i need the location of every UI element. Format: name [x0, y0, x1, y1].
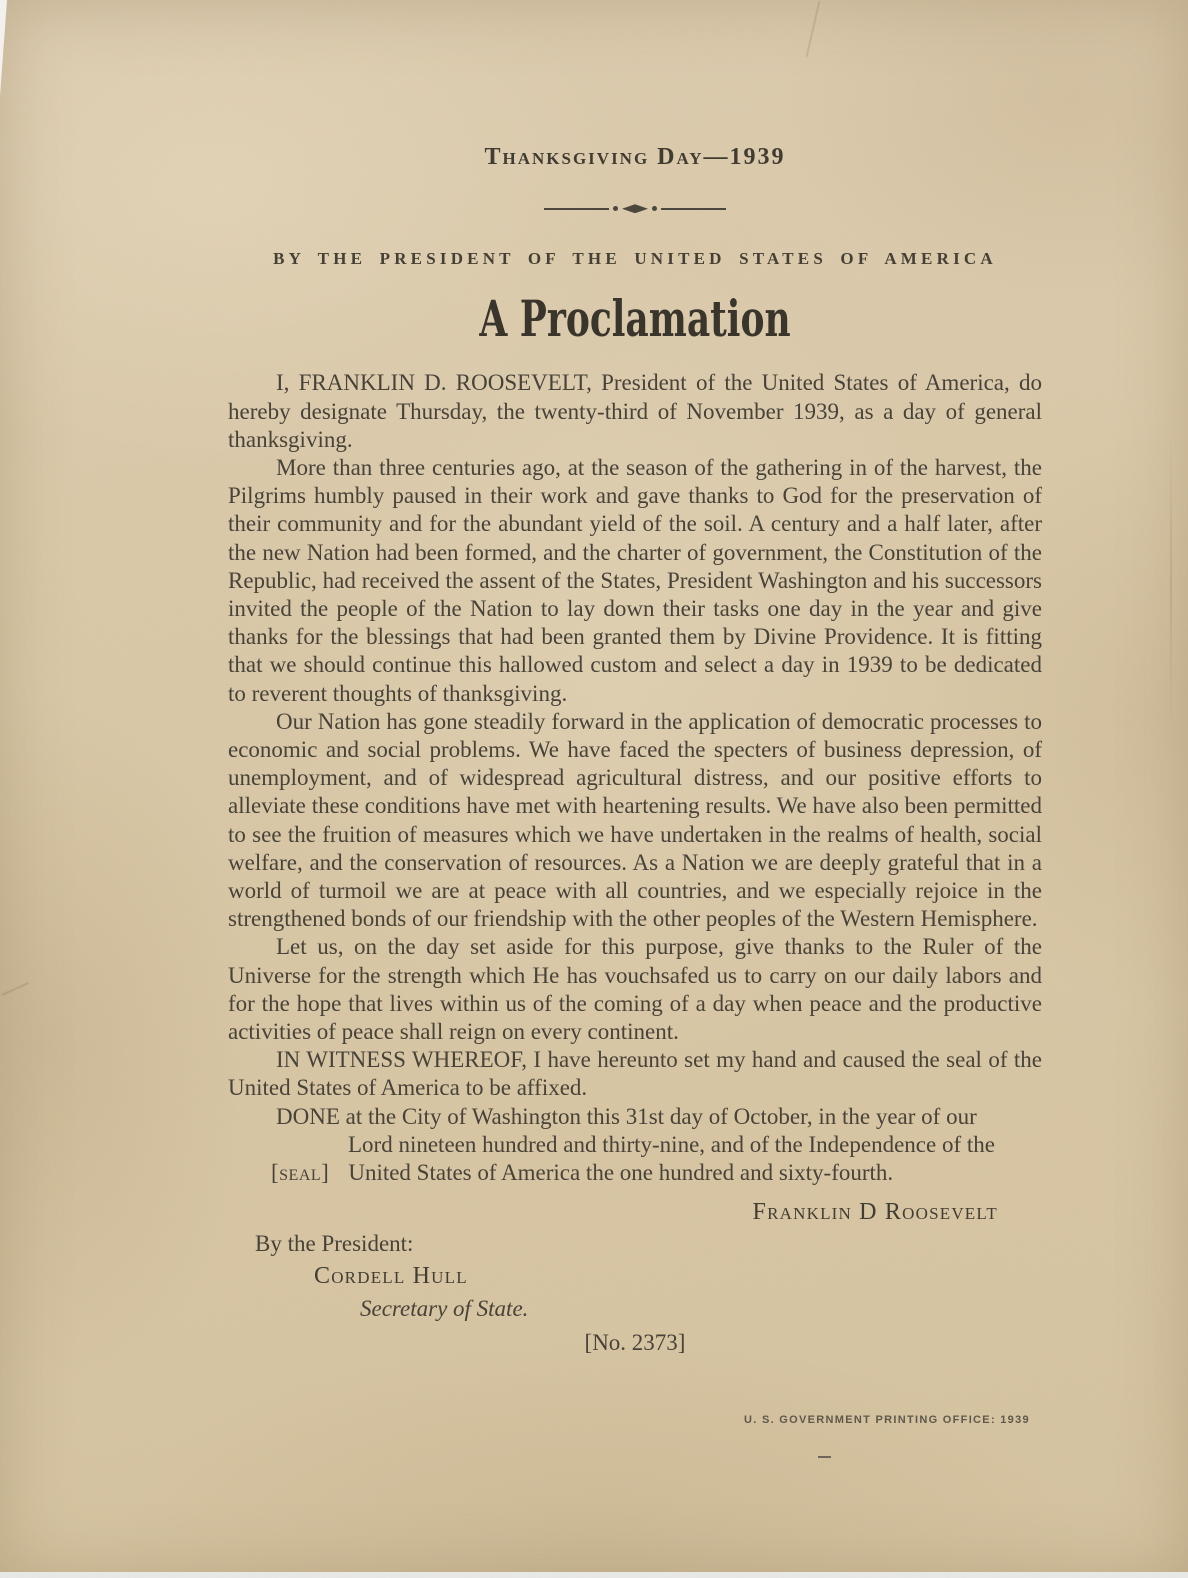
scan-edge-left [0, 0, 7, 96]
divider-rule-right [661, 208, 726, 210]
proclamation-number: [No. 2373] [228, 1329, 1042, 1357]
divider-rule-left [544, 208, 609, 210]
proclamation-body: I, FRANKLIN D. ROOSEVELT, President of t… [228, 369, 1042, 1102]
document-title: Thanksgiving Day—1939 [228, 143, 1042, 171]
seal-label: [seal] [271, 1160, 329, 1185]
paper-fold-right [1170, 432, 1172, 732]
paragraph-give-thanks: Let us, on the day set aside for this pu… [228, 933, 1042, 1046]
done-line-3: [seal]United States of America the one h… [228, 1159, 1042, 1187]
ornamental-divider [544, 204, 726, 213]
divider-dot-right [652, 206, 657, 211]
done-line-3-text: United States of America the one hundred… [348, 1160, 893, 1185]
proclamation-heading: A Proclamation [342, 291, 928, 347]
done-line-2: Lord nineteen hundred and thirty-nine, a… [228, 1131, 1042, 1159]
paragraph-history: More than three centuries ago, at the se… [228, 454, 1042, 708]
paragraph-witness: IN WITNESS WHEREOF, I have hereunto set … [228, 1046, 1042, 1102]
by-the-president-label: By the President: [228, 1230, 1042, 1258]
footer-dash-mark [818, 1456, 831, 1458]
paragraph-nation-progress: Our Nation has gone steadily forward in … [228, 708, 1042, 934]
text-column: Thanksgiving Day—1939 BY THE PRESIDENT O… [228, 0, 1042, 1357]
secretary-signature: Cordell Hull [228, 1262, 1042, 1290]
president-signature: Franklin D Roosevelt [228, 1198, 1042, 1226]
printing-office-imprint: U. S. GOVERNMENT PRINTING OFFICE: 1939 [744, 1414, 1030, 1426]
paragraph-designation: I, FRANKLIN D. ROOSEVELT, President of t… [228, 369, 1042, 454]
done-clause: DONE at the City of Washington this 31st… [228, 1103, 1042, 1188]
divider-diamond-icon [622, 204, 648, 213]
divider-dot-left [613, 206, 618, 211]
scan-edge-bottom [0, 1572, 1188, 1578]
paper-crease-left [1, 982, 29, 996]
done-line-1: DONE at the City of Washington this 31st… [228, 1103, 1042, 1131]
presidential-byline: BY THE PRESIDENT OF THE UNITED STATES OF… [228, 245, 1042, 273]
proclamation-document-page: Thanksgiving Day—1939 BY THE PRESIDENT O… [0, 0, 1188, 1578]
secretary-title: Secretary of State. [228, 1295, 1042, 1323]
